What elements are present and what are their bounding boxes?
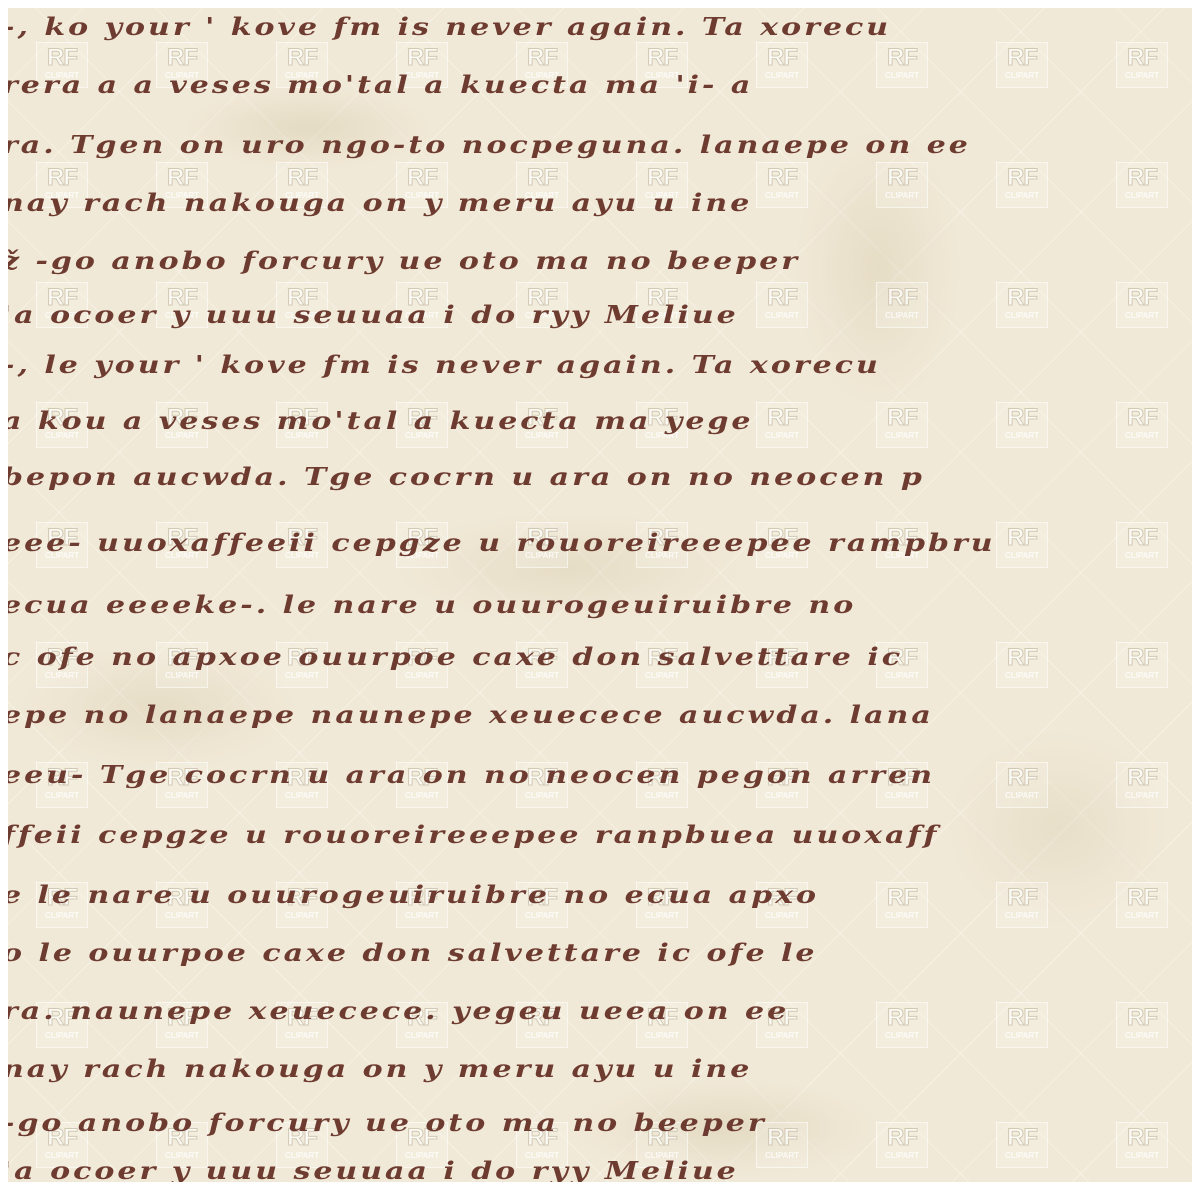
rf-clipart-watermark: RFCLIPART bbox=[1116, 882, 1168, 928]
rf-clipart-watermark: RFCLIPART bbox=[756, 162, 808, 208]
rf-clipart-watermark: RFCLIPART bbox=[756, 282, 808, 328]
watermark-clipart-text: CLIPART bbox=[37, 912, 87, 920]
watermark-clipart-text: CLIPART bbox=[397, 792, 447, 800]
watermark-clipart-text: CLIPART bbox=[157, 792, 207, 800]
watermark-rf-text: RF bbox=[637, 166, 687, 190]
rf-clipart-watermark: RFCLIPART bbox=[996, 762, 1048, 808]
watermark-clipart-text: CLIPART bbox=[757, 912, 807, 920]
watermark-clipart-text: CLIPART bbox=[397, 912, 447, 920]
watermark-clipart-text: CLIPART bbox=[757, 312, 807, 320]
watermark-rf-text: RF bbox=[1117, 886, 1167, 910]
handwriting-line: bepon aucwda. Tge cocrn u ara on no neoc… bbox=[8, 464, 925, 492]
watermark-rf-text: RF bbox=[1117, 406, 1167, 430]
watermark-clipart-text: CLIPART bbox=[637, 1032, 687, 1040]
watermark-clipart-text: CLIPART bbox=[637, 912, 687, 920]
rf-clipart-watermark: RFCLIPART bbox=[1116, 402, 1168, 448]
watermark-rf-text: RF bbox=[997, 766, 1047, 790]
rf-clipart-watermark: RFCLIPART bbox=[1116, 762, 1168, 808]
rf-clipart-watermark: RFCLIPART bbox=[996, 162, 1048, 208]
watermark-clipart-text: CLIPART bbox=[1117, 1152, 1167, 1160]
rf-clipart-watermark: RFCLIPART bbox=[1116, 42, 1168, 88]
watermark-clipart-text: CLIPART bbox=[877, 1152, 927, 1160]
handwriting-line: a kou a veses mo'tal a kuecta ma yege bbox=[8, 408, 754, 436]
watermark-clipart-text: CLIPART bbox=[757, 1152, 807, 1160]
handwriting-line: ra. naunepe xeuecece. yegeu ueea on ee bbox=[8, 998, 789, 1026]
handwriting-line: 'a ocoer y uuu seuuaa ⅰ do ryy Meliue bbox=[8, 302, 739, 330]
handwriting-line: ffeii cepgze u rouoreireeepee ranpbuea u… bbox=[8, 822, 939, 850]
rf-clipart-watermark: RFCLIPART bbox=[876, 162, 928, 208]
rf-clipart-watermark: RFCLIPART bbox=[876, 1002, 928, 1048]
rf-clipart-watermark: RFCLIPART bbox=[996, 402, 1048, 448]
watermark-rf-text: RF bbox=[37, 166, 87, 190]
watermark-rf-text: RF bbox=[997, 1126, 1047, 1150]
rf-clipart-watermark: RFCLIPART bbox=[876, 882, 928, 928]
watermark-clipart-text: CLIPART bbox=[1117, 672, 1167, 680]
watermark-clipart-text: CLIPART bbox=[517, 1032, 567, 1040]
rf-clipart-watermark: RFCLIPART bbox=[996, 42, 1048, 88]
watermark-clipart-text: CLIPART bbox=[157, 672, 207, 680]
watermark-clipart-text: CLIPART bbox=[1117, 312, 1167, 320]
handwriting-line: 'a ocoer y uuu seuuaa ⅰ do ryy Meliue bbox=[8, 1158, 739, 1183]
rf-clipart-watermark: RFCLIPART bbox=[1116, 642, 1168, 688]
handwriting-line: -, le your ' kove fm is never again. Ta … bbox=[8, 352, 881, 380]
watermark-clipart-text: CLIPART bbox=[37, 672, 87, 680]
watermark-rf-text: RF bbox=[1117, 46, 1167, 70]
watermark-clipart-text: CLIPART bbox=[517, 672, 567, 680]
watermark-clipart-text: CLIPART bbox=[157, 912, 207, 920]
watermark-rf-text: RF bbox=[877, 886, 927, 910]
watermark-rf-text: RF bbox=[1117, 286, 1167, 310]
watermark-clipart-text: CLIPART bbox=[637, 672, 687, 680]
watermark-rf-text: RF bbox=[1117, 1006, 1167, 1030]
watermark-clipart-text: CLIPART bbox=[997, 312, 1047, 320]
watermark-clipart-text: CLIPART bbox=[997, 552, 1047, 560]
watermark-clipart-text: CLIPART bbox=[877, 792, 927, 800]
watermark-clipart-text: CLIPART bbox=[757, 72, 807, 80]
watermark-clipart-text: CLIPART bbox=[757, 432, 807, 440]
watermark-rf-text: RF bbox=[157, 46, 207, 70]
watermark-rf-text: RF bbox=[997, 886, 1047, 910]
watermark-rf-text: RF bbox=[997, 286, 1047, 310]
watermark-clipart-text: CLIPART bbox=[1117, 72, 1167, 80]
watermark-rf-text: RF bbox=[877, 46, 927, 70]
rf-clipart-watermark: RFCLIPART bbox=[756, 42, 808, 88]
handwriting-line: -, ko your ' kove fm is never again. Ta … bbox=[8, 14, 891, 42]
watermark-clipart-text: CLIPART bbox=[1117, 432, 1167, 440]
watermark-clipart-text: CLIPART bbox=[757, 672, 807, 680]
handwriting-line: ecua eeeeke-. le nare u ouurogeuiruibre … bbox=[8, 592, 856, 620]
handwriting-line: o le ouurpoe caxe don salvettare ic ofe … bbox=[8, 940, 817, 968]
rf-clipart-watermark: RFCLIPART bbox=[996, 1122, 1048, 1168]
watermark-clipart-text: CLIPART bbox=[637, 792, 687, 800]
rf-clipart-watermark: RFCLIPART bbox=[876, 42, 928, 88]
handwriting-line: nay rach nakouga on y meru ayu u ine bbox=[8, 1056, 752, 1084]
handwriting-line: epe no lanaepe naunepe xeuecece aucwda. … bbox=[8, 702, 934, 730]
watermark-rf-text: RF bbox=[277, 46, 327, 70]
watermark-rf-text: RF bbox=[997, 1006, 1047, 1030]
watermark-rf-text: RF bbox=[637, 46, 687, 70]
rf-clipart-watermark: RFCLIPART bbox=[996, 882, 1048, 928]
watermark-clipart-text: CLIPART bbox=[997, 672, 1047, 680]
watermark-clipart-text: CLIPART bbox=[757, 1032, 807, 1040]
watermark-clipart-text: CLIPART bbox=[397, 672, 447, 680]
watermark-clipart-text: CLIPART bbox=[997, 792, 1047, 800]
handwriting-line: ž -go anobo forcury ue oto ma no beeper bbox=[8, 248, 800, 276]
watermark-rf-text: RF bbox=[757, 46, 807, 70]
watermark-rf-text: RF bbox=[877, 1126, 927, 1150]
watermark-rf-text: RF bbox=[757, 166, 807, 190]
watermark-clipart-text: CLIPART bbox=[997, 1152, 1047, 1160]
rf-clipart-watermark: RFCLIPART bbox=[756, 402, 808, 448]
watermark-clipart-text: CLIPART bbox=[1117, 792, 1167, 800]
watermark-clipart-text: CLIPART bbox=[1117, 912, 1167, 920]
watermark-rf-text: RF bbox=[517, 166, 567, 190]
handwriting-line: -go anobo forcury ue oto ma no beeper bbox=[8, 1110, 767, 1138]
handwriting-line: ra. Tgen on uro ngo-to nocpeguna. lanaep… bbox=[8, 132, 971, 160]
watermark-rf-text: RF bbox=[397, 166, 447, 190]
watermark-clipart-text: CLIPART bbox=[1117, 192, 1167, 200]
watermark-rf-text: RF bbox=[397, 46, 447, 70]
handwriting-line: c ofe no apxoe ouurpoe caxe don salvetta… bbox=[8, 644, 903, 672]
watermark-clipart-text: CLIPART bbox=[997, 1032, 1047, 1040]
rf-clipart-watermark: RFCLIPART bbox=[996, 1002, 1048, 1048]
handwriting-line: eeu- Tge cocrn u ara on no neocen pegon … bbox=[8, 762, 935, 790]
watermark-rf-text: RF bbox=[37, 46, 87, 70]
watermark-clipart-text: CLIPART bbox=[997, 912, 1047, 920]
watermark-clipart-text: CLIPART bbox=[277, 1032, 327, 1040]
watermark-clipart-text: CLIPART bbox=[877, 432, 927, 440]
watermark-rf-text: RF bbox=[997, 646, 1047, 670]
watermark-clipart-text: CLIPART bbox=[1117, 552, 1167, 560]
watermark-clipart-text: CLIPART bbox=[517, 792, 567, 800]
watermark-clipart-text: CLIPART bbox=[277, 792, 327, 800]
watermark-clipart-text: CLIPART bbox=[157, 1032, 207, 1040]
handwritten-paper-background: RFCLIPARTRFCLIPARTRFCLIPARTRFCLIPARTRFCL… bbox=[8, 8, 1192, 1182]
handwriting-line: e le nare u ouurogeuiruibre no ecua apxo bbox=[8, 882, 819, 910]
watermark-clipart-text: CLIPART bbox=[877, 1032, 927, 1040]
watermark-clipart-text: CLIPART bbox=[277, 672, 327, 680]
rf-clipart-watermark: RFCLIPART bbox=[996, 642, 1048, 688]
watermark-clipart-text: CLIPART bbox=[37, 792, 87, 800]
watermark-clipart-text: CLIPART bbox=[277, 912, 327, 920]
watermark-clipart-text: CLIPART bbox=[517, 912, 567, 920]
watermark-clipart-text: CLIPART bbox=[877, 72, 927, 80]
watermark-rf-text: RF bbox=[1117, 766, 1167, 790]
rf-clipart-watermark: RFCLIPART bbox=[876, 282, 928, 328]
watermark-clipart-text: CLIPART bbox=[757, 792, 807, 800]
watermark-rf-text: RF bbox=[1117, 1126, 1167, 1150]
handwriting-line: nay rach nakouga on y meru ayu u ine bbox=[8, 190, 752, 218]
watermark-rf-text: RF bbox=[1117, 646, 1167, 670]
watermark-rf-text: RF bbox=[877, 166, 927, 190]
watermark-rf-text: RF bbox=[877, 286, 927, 310]
watermark-clipart-text: CLIPART bbox=[877, 672, 927, 680]
rf-clipart-watermark: RFCLIPART bbox=[996, 282, 1048, 328]
watermark-rf-text: RF bbox=[997, 166, 1047, 190]
rf-clipart-watermark: RFCLIPART bbox=[876, 402, 928, 448]
watermark-rf-text: RF bbox=[157, 166, 207, 190]
rf-clipart-watermark: RFCLIPART bbox=[996, 522, 1048, 568]
rf-clipart-watermark: RFCLIPART bbox=[1116, 1122, 1168, 1168]
watermark-clipart-text: CLIPART bbox=[997, 432, 1047, 440]
rf-clipart-watermark: RFCLIPART bbox=[1116, 1002, 1168, 1048]
watermark-rf-text: RF bbox=[1117, 166, 1167, 190]
watermark-rf-text: RF bbox=[877, 1006, 927, 1030]
watermark-clipart-text: CLIPART bbox=[877, 192, 927, 200]
watermark-rf-text: RF bbox=[517, 46, 567, 70]
rf-clipart-watermark: RFCLIPART bbox=[1116, 522, 1168, 568]
watermark-rf-text: RF bbox=[1117, 526, 1167, 550]
watermark-clipart-text: CLIPART bbox=[877, 912, 927, 920]
rf-clipart-watermark: RFCLIPART bbox=[1116, 162, 1168, 208]
handwriting-line: rera a a veses mo'tal a kuecta ma 'i- a bbox=[8, 72, 753, 100]
watermark-clipart-text: CLIPART bbox=[997, 72, 1047, 80]
watermark-rf-text: RF bbox=[877, 406, 927, 430]
watermark-clipart-text: CLIPART bbox=[37, 1032, 87, 1040]
watermark-rf-text: RF bbox=[757, 406, 807, 430]
watermark-clipart-text: CLIPART bbox=[397, 1032, 447, 1040]
rf-clipart-watermark: RFCLIPART bbox=[876, 1122, 928, 1168]
watermark-clipart-text: CLIPART bbox=[877, 312, 927, 320]
watermark-rf-text: RF bbox=[757, 286, 807, 310]
watermark-clipart-text: CLIPART bbox=[1117, 1032, 1167, 1040]
watermark-rf-text: RF bbox=[997, 46, 1047, 70]
watermark-rf-text: RF bbox=[997, 526, 1047, 550]
rf-clipart-watermark: RFCLIPART bbox=[1116, 282, 1168, 328]
handwriting-line: eee- uuoxaffeeii cepgze u rouoreireeepee… bbox=[8, 530, 996, 558]
watermark-clipart-text: CLIPART bbox=[757, 192, 807, 200]
watermark-rf-text: RF bbox=[997, 406, 1047, 430]
watermark-rf-text: RF bbox=[277, 166, 327, 190]
watermark-clipart-text: CLIPART bbox=[997, 192, 1047, 200]
